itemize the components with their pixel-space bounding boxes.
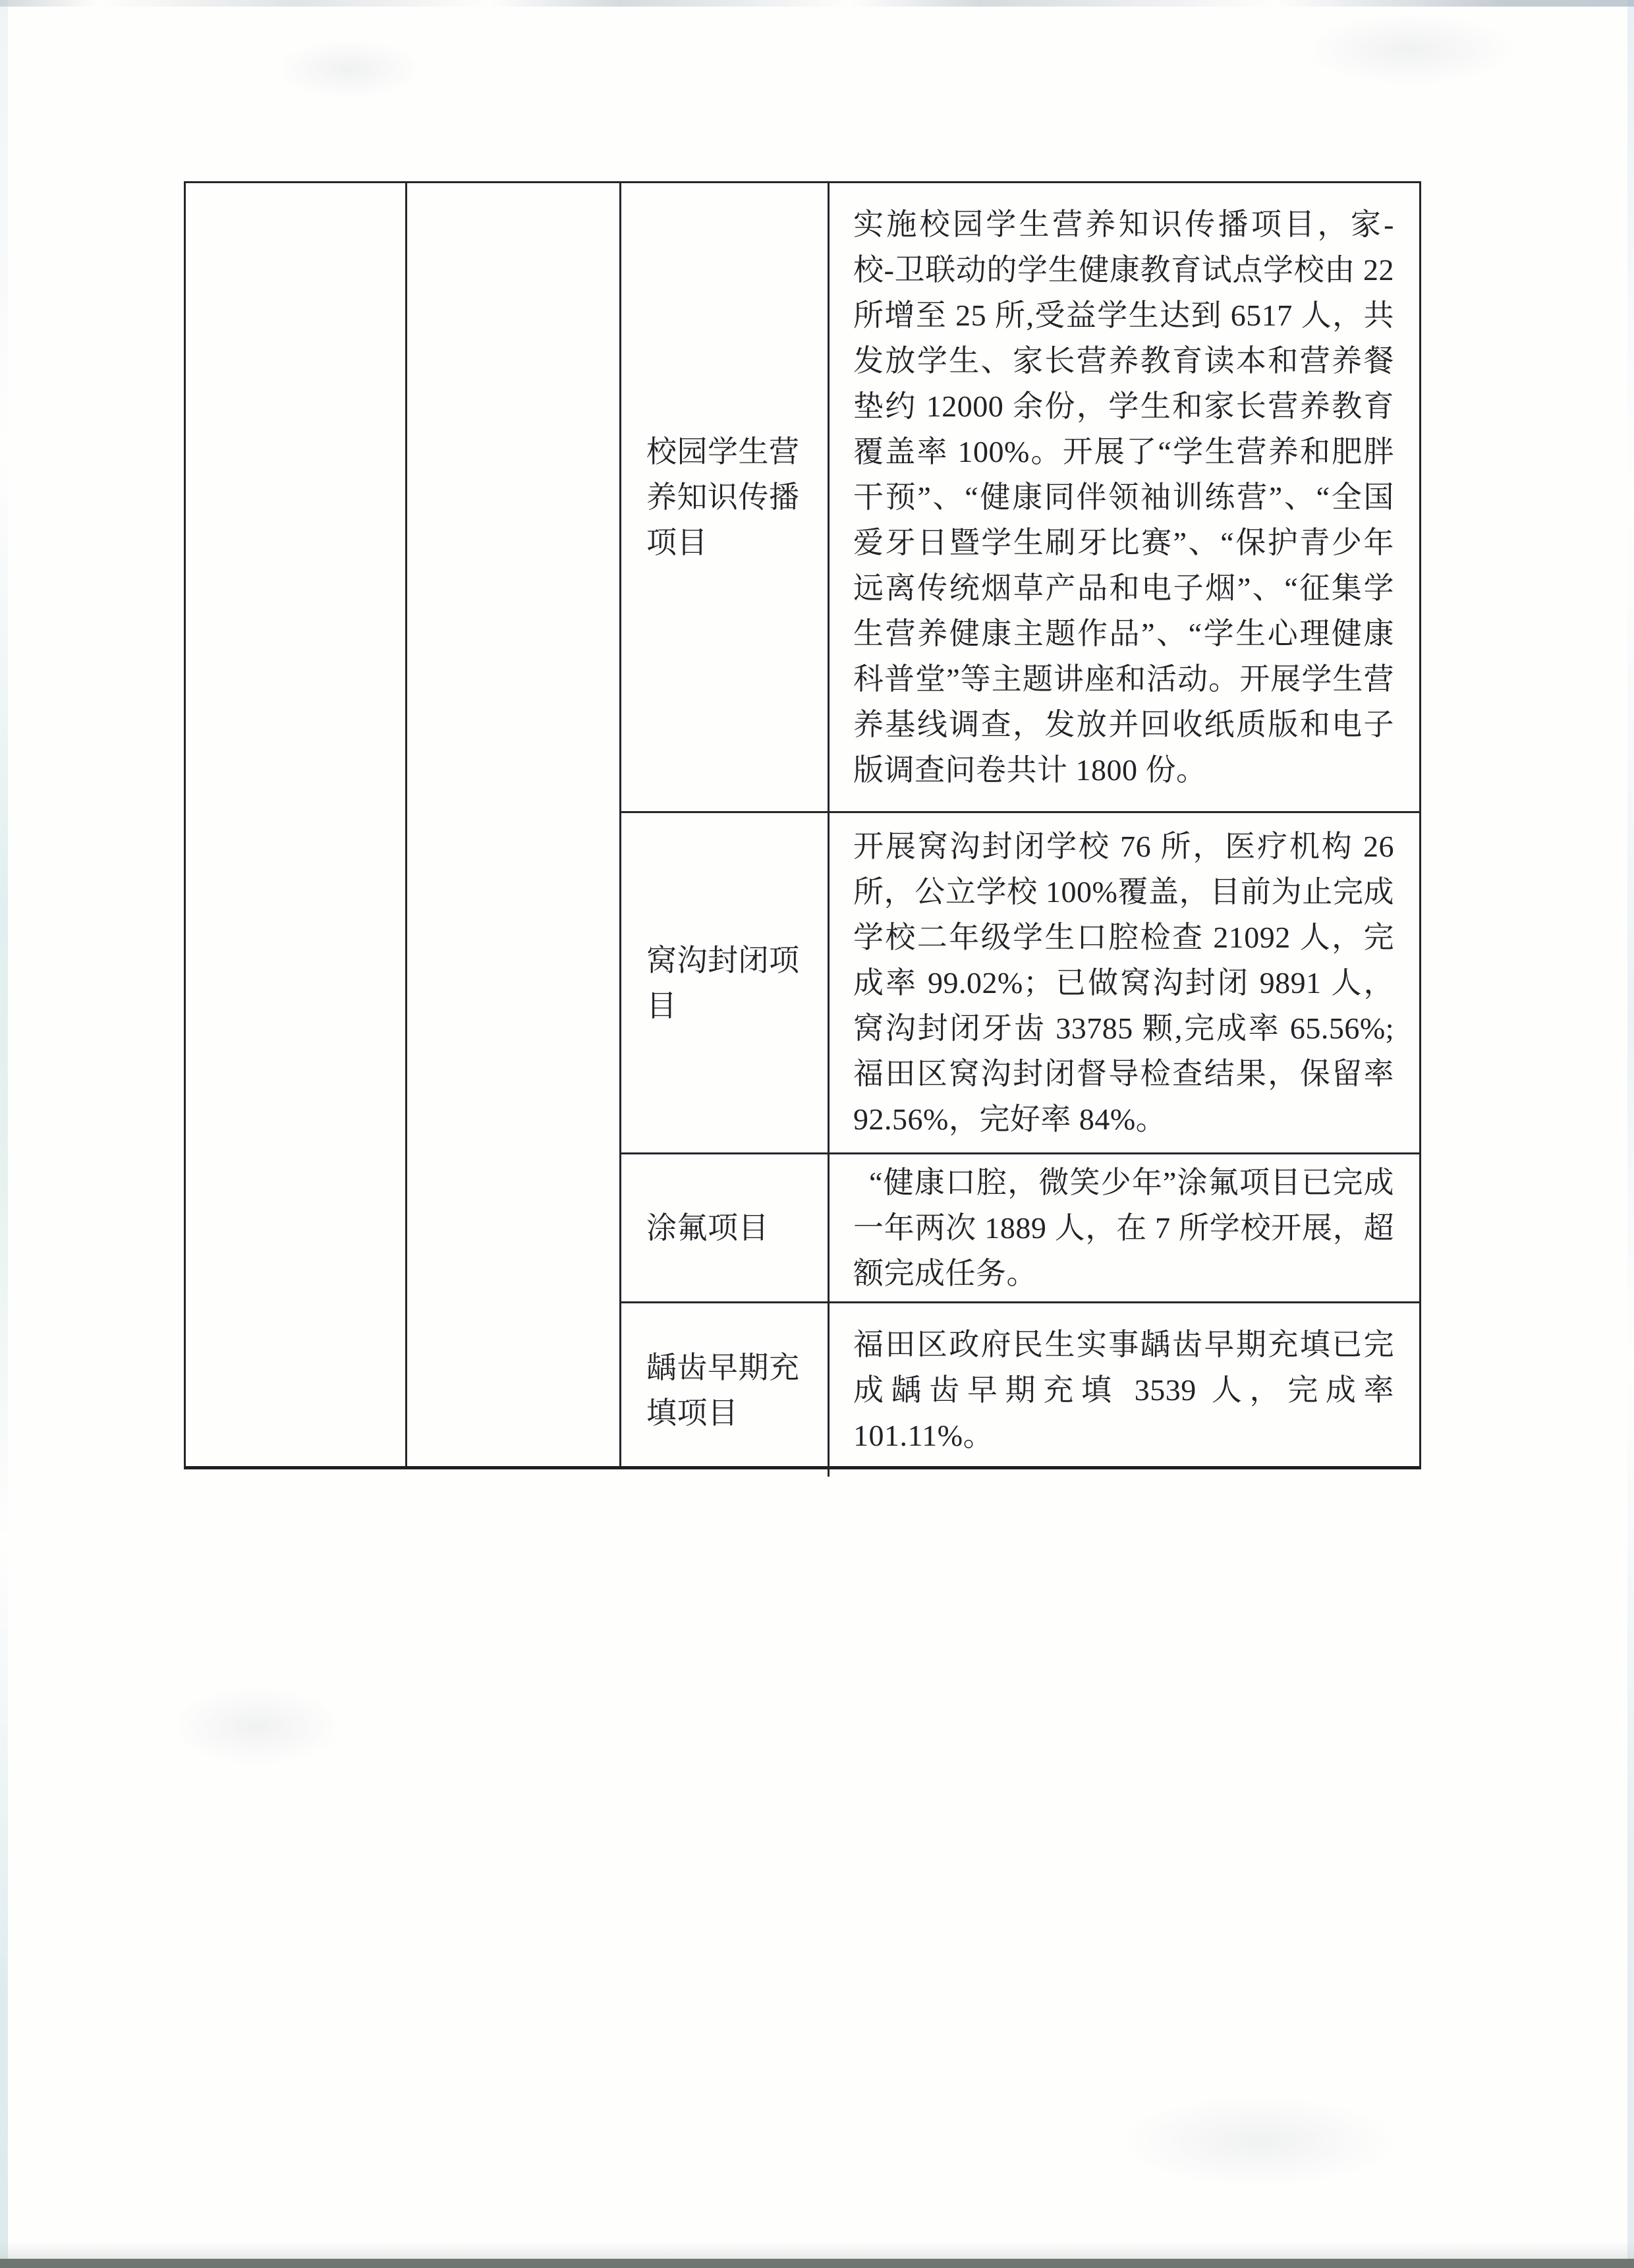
project-name-cell: 校园学生营养知识传播项目 xyxy=(621,183,830,811)
table-blank-column-1 xyxy=(186,183,407,1466)
table-row-fissure-sealing: 窝沟封闭项目 开展窝沟封闭学校 76 所，医疗机构 26 所，公立学校 100%… xyxy=(621,811,1419,1152)
project-description-text: 开展窝沟封闭学校 76 所，医疗机构 26 所，公立学校 100%覆盖，目前为止… xyxy=(853,824,1394,1142)
scan-smudge xyxy=(1120,2095,1397,2188)
table-blank-column-2 xyxy=(407,183,621,1466)
project-name-cell: 龋齿早期充填项目 xyxy=(621,1303,830,1477)
scanned-document-page: 校园学生营养知识传播项目 实施校园学生营养知识传播项目，家-校-卫联动的学生健康… xyxy=(0,0,1634,2268)
project-name-label: 龋齿早期充填项目 xyxy=(646,1345,820,1436)
scan-smudge xyxy=(1305,13,1515,86)
project-description-text: “健康口腔，微笑少年”涂氟项目已完成一年两次 1889 人，在 7 所学校开展，… xyxy=(853,1160,1394,1296)
project-name-label: 涂氟项目 xyxy=(646,1205,769,1251)
project-description-cell: “健康口腔，微笑少年”涂氟项目已完成一年两次 1889 人，在 7 所学校开展，… xyxy=(830,1154,1419,1301)
scan-tint-left-edge xyxy=(0,0,8,2268)
scan-shadow-bottom xyxy=(0,2242,1634,2259)
scan-noise-top-edge xyxy=(0,0,1634,7)
project-description-text: 实施校园学生营养知识传播项目，家-校-卫联动的学生健康教育试点学校由 22 所增… xyxy=(853,202,1394,793)
project-name-cell: 涂氟项目 xyxy=(621,1154,830,1301)
project-name-label: 校园学生营养知识传播项目 xyxy=(646,429,820,565)
scan-dark-bottom-edge xyxy=(0,2259,1634,2268)
project-name-label: 窝沟封闭项目 xyxy=(646,938,820,1029)
table-row-nutrition-education: 校园学生营养知识传播项目 实施校园学生营养知识传播项目，家-校-卫联动的学生健康… xyxy=(621,183,1419,811)
scan-smudge xyxy=(277,40,422,99)
project-description-text: 福田区政府民生实事龋齿早期充填已完成龋齿早期充填 3539 人，完成率 101.… xyxy=(853,1322,1394,1458)
project-description-cell: 实施校园学生营养知识传播项目，家-校-卫联动的学生健康教育试点学校由 22 所增… xyxy=(830,183,1419,811)
project-description-cell: 福田区政府民生实事龋齿早期充填已完成龋齿早期充填 3539 人，完成率 101.… xyxy=(830,1303,1419,1477)
scan-smudge xyxy=(171,1687,343,1766)
table-row-fluoride-varnish: 涂氟项目 “健康口腔，微笑少年”涂氟项目已完成一年两次 1889 人，在 7 所… xyxy=(621,1152,1419,1301)
health-program-report-table: 校园学生营养知识传播项目 实施校园学生营养知识传播项目，家-校-卫联动的学生健康… xyxy=(184,181,1421,1469)
scan-tint-right-edge xyxy=(1627,0,1634,2268)
table-row-early-caries-filling: 龋齿早期充填项目 福田区政府民生实事龋齿早期充填已完成龋齿早期充填 3539 人… xyxy=(621,1301,1419,1477)
table-project-rows-section: 校园学生营养知识传播项目 实施校园学生营养知识传播项目，家-校-卫联动的学生健康… xyxy=(621,183,1419,1466)
project-description-cell: 开展窝沟封闭学校 76 所，医疗机构 26 所，公立学校 100%覆盖，目前为止… xyxy=(830,813,1419,1152)
project-name-cell: 窝沟封闭项目 xyxy=(621,813,830,1152)
